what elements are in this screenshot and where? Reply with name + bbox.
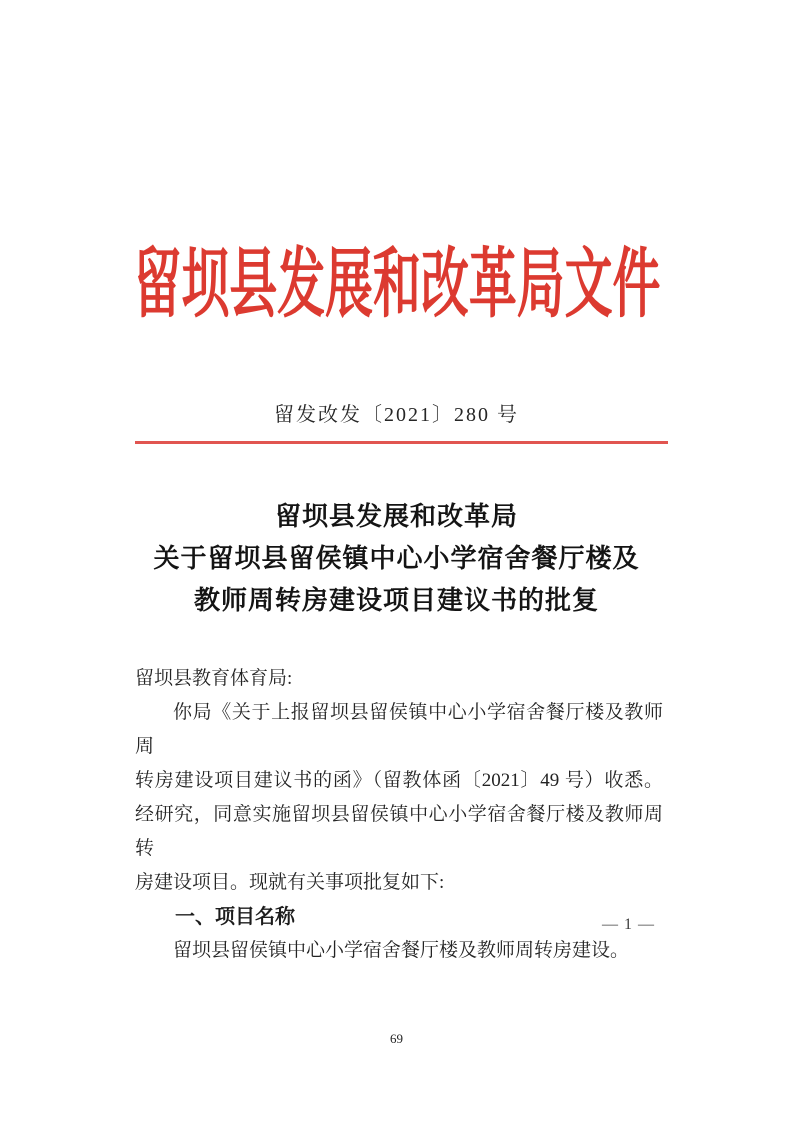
title-line-3: 教师周转房建设项目建议书的批复 [0, 580, 793, 622]
issuing-agency-banner: 留坝县发展和改革局文件 [133, 246, 660, 326]
document-body: 留坝县教育体育局: 你局《关于上报留坝县留侯镇中心小学宿舍餐厅楼及教师周 转房建… [135, 662, 663, 968]
red-header-banner: 留坝县发展和改革局文件 [0, 246, 793, 326]
body-line: 房建设项目。现就有关事项批复如下: [135, 866, 663, 900]
body-line: 你局《关于上报留坝县留侯镇中心小学宿舍餐厅楼及教师周 [135, 696, 663, 764]
section-heading-project-name: 一、项目名称 [135, 900, 663, 934]
title-line-2: 关于留坝县留侯镇中心小学宿舍餐厅楼及 [0, 538, 793, 580]
document-reference-number: 留发改发〔2021〕280 号 [0, 398, 793, 427]
document-page: 留坝县发展和改革局文件 留发改发〔2021〕280 号 留坝县发展和改革局 关于… [0, 0, 793, 1122]
title-line-1: 留坝县发展和改革局 [0, 496, 793, 538]
page-number: — 1 — [602, 916, 655, 934]
red-divider-rule [135, 441, 668, 444]
body-line: 留坝县留侯镇中心小学宿舍餐厅楼及教师周转房建设。 [135, 934, 663, 968]
document-title: 留坝县发展和改革局 关于留坝县留侯镇中心小学宿舍餐厅楼及 教师周转房建设项目建议… [0, 496, 793, 622]
sheet-number: 69 [0, 1031, 793, 1047]
body-line: 转房建设项目建议书的函》（留教体函〔2021〕49 号）收悉。 [135, 764, 663, 798]
salutation-line: 留坝县教育体育局: [135, 662, 663, 696]
body-line: 经研究，同意实施留坝县留侯镇中心小学宿舍餐厅楼及教师周转 [135, 798, 663, 866]
